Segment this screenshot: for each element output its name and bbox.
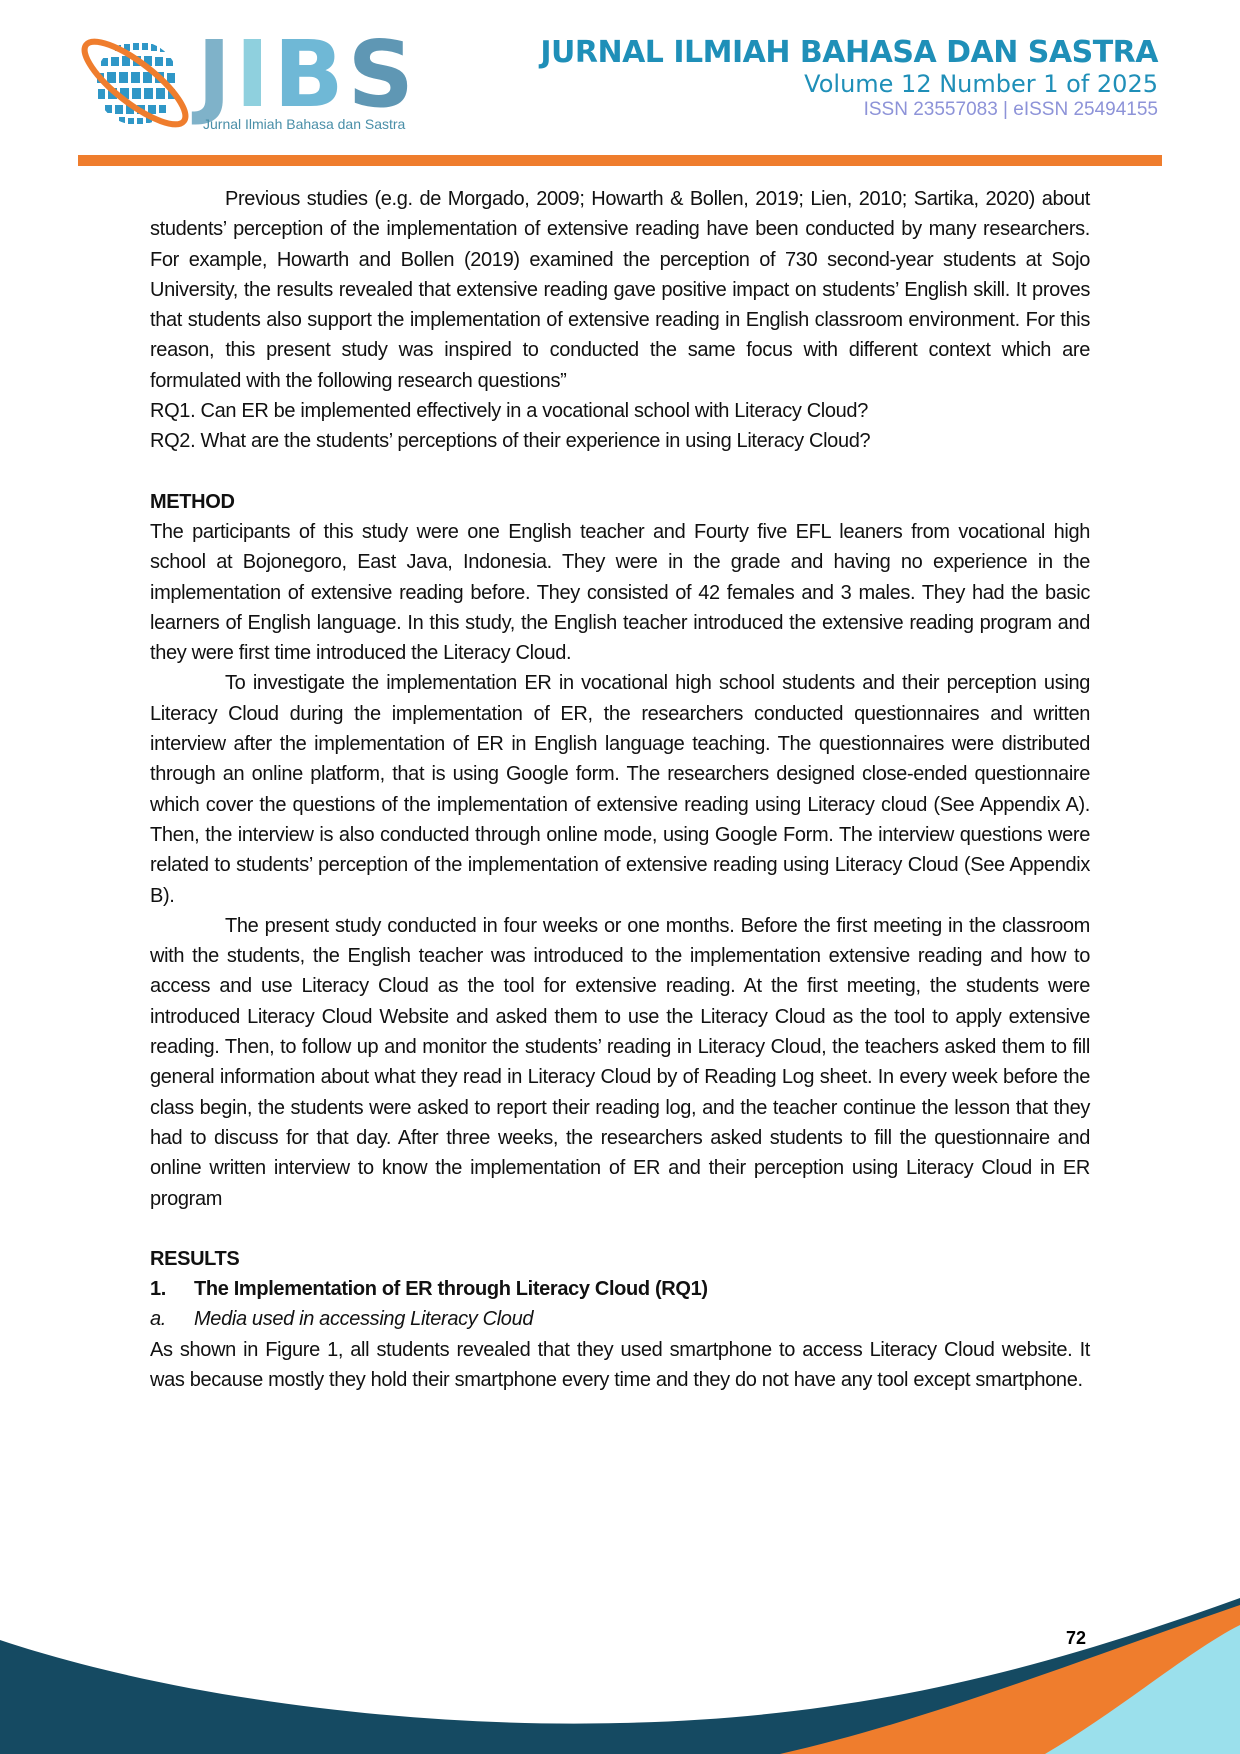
method-paragraph-procedure: The present study conducted in four week…	[150, 911, 1090, 1214]
page-number: 72	[1066, 1628, 1086, 1649]
globe-with-orbit-icon	[75, 25, 195, 135]
method-paragraph-participants: The participants of this study were one …	[150, 517, 1090, 668]
intro-paragraph: Previous studies (e.g. de Morgado, 2009;…	[150, 184, 1090, 396]
logo-letter-b: B	[273, 29, 347, 121]
sub-subsection-letter: a.	[150, 1304, 194, 1334]
research-question-2: RQ2. What are the students’ perceptions …	[150, 426, 1090, 456]
spacer	[150, 1214, 1090, 1244]
results-paragraph: As shown in Figure 1, all students revea…	[150, 1335, 1090, 1396]
masthead: JURNAL ILMIAH BAHASA DAN SASTRA Volume 1…	[540, 36, 1158, 122]
journal-title: JURNAL ILMIAH BAHASA DAN SASTRA	[540, 36, 1158, 70]
logo-letter-j: J	[197, 29, 235, 121]
logo-subtitle: Jurnal Ilmiah Bahasa dan Sastra	[203, 116, 405, 132]
subsection-number: 1.	[150, 1274, 194, 1304]
header-divider	[78, 155, 1162, 166]
results-sub-subsection-heading: a. Media used in accessing Literacy Clou…	[150, 1304, 1090, 1334]
journal-header: JIBS Jurnal Ilmiah Bahasa dan Sastra JUR…	[0, 0, 1240, 170]
issn-info: ISSN 23557083 | eISSN 25494155	[540, 98, 1158, 122]
logo-letter-s: S	[348, 29, 418, 121]
results-subsection-heading: 1. The Implementation of ER through Lite…	[150, 1274, 1090, 1304]
results-heading: RESULTS	[150, 1244, 1090, 1274]
method-paragraph-instruments: To investigate the implementation ER in …	[150, 668, 1090, 910]
spacer	[150, 457, 1090, 487]
jibs-logo: JIBS Jurnal Ilmiah Bahasa dan Sastra	[75, 25, 435, 135]
article-body: Previous studies (e.g. de Morgado, 2009;…	[150, 184, 1090, 1395]
method-heading: METHOD	[150, 487, 1090, 517]
logo-letter-i: I	[235, 29, 273, 121]
footer-wave-graphic	[0, 1560, 1240, 1754]
page-footer-decoration	[0, 1560, 1240, 1754]
research-question-1: RQ1. Can ER be implemented effectively i…	[150, 396, 1090, 426]
subsection-title: The Implementation of ER through Literac…	[194, 1274, 708, 1304]
volume-info: Volume 12 Number 1 of 2025	[540, 70, 1158, 98]
logo-wordmark: JIBS	[197, 29, 418, 121]
sub-subsection-title: Media used in accessing Literacy Cloud	[194, 1304, 533, 1334]
